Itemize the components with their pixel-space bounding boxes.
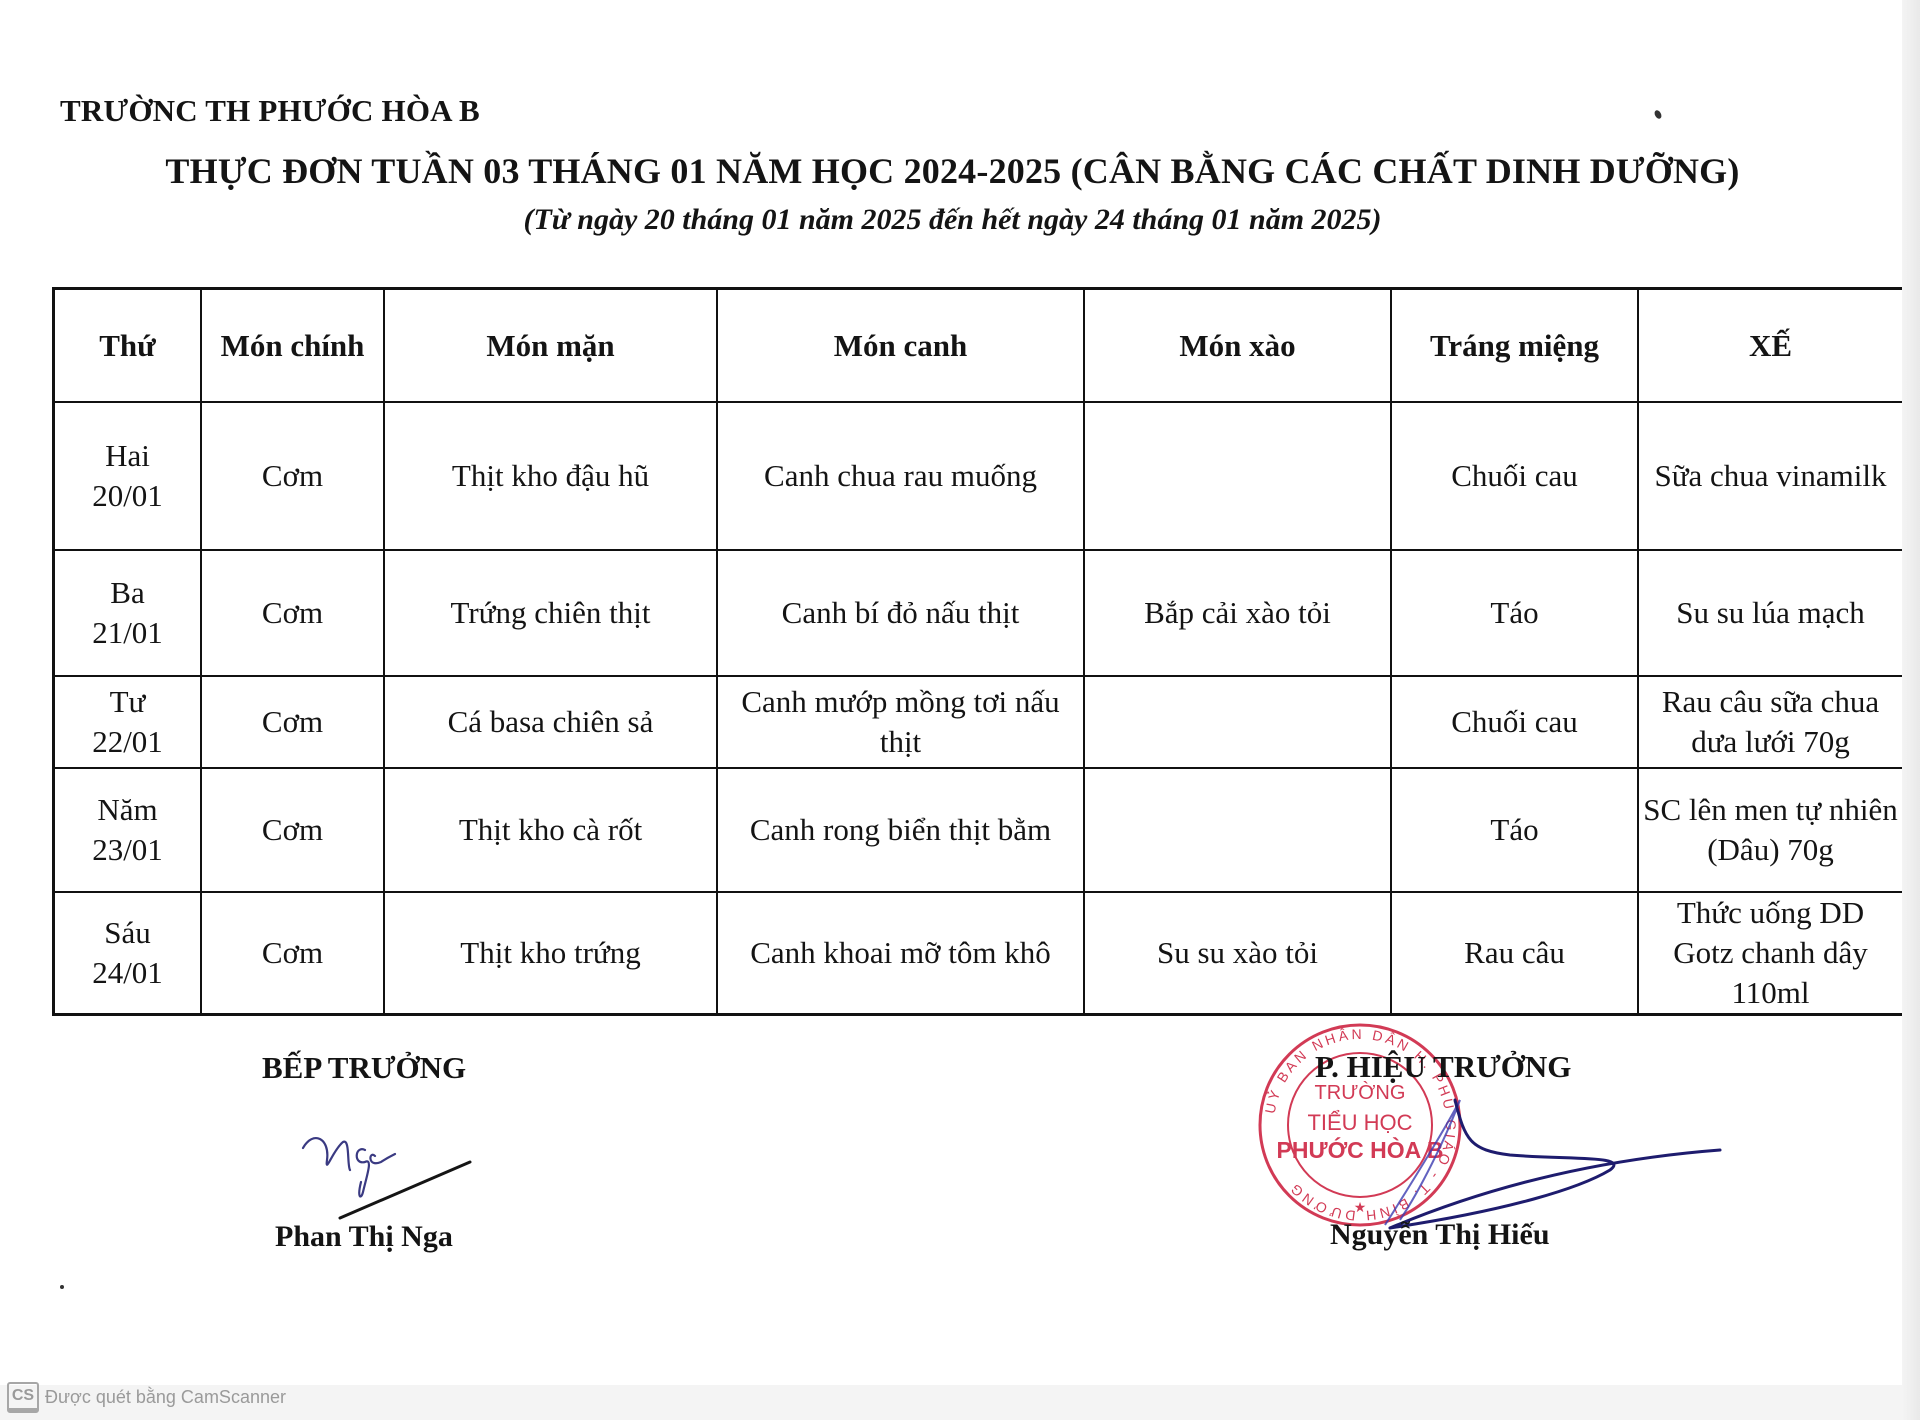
stir-fry-cell [1084,768,1391,892]
snack-cell: Thức uống DD Gotz chanh dây 110ml [1638,892,1904,1015]
dessert-cell: Chuối cau [1391,402,1638,550]
dessert-cell: Rau câu [1391,892,1638,1015]
watermark-text: Được quét bằng CamScanner [45,1387,286,1408]
day-cell: Năm 23/01 [54,768,202,892]
day-name: Hai [59,436,196,476]
column-header-dessert: Tráng miệng [1391,289,1638,403]
soup-cell: Canh bí đỏ nấu thịt [717,550,1084,676]
column-header-day: Thứ [54,289,202,403]
camscanner-watermark: CS Được quét bằng CamScanner [7,1382,286,1412]
column-header-afternoon-snack: XẾ [1638,289,1904,403]
main-dish-cell: Cơm [201,402,384,550]
savory-dish-cell: Thịt kho trứng [384,892,717,1015]
day-date: 21/01 [59,613,196,653]
head-chef-name: Phan Thị Nga [275,1220,453,1254]
savory-dish-cell: Trứng chiên thịt [384,550,717,676]
day-date: 23/01 [59,830,196,870]
vice-principal-signature-icon [1360,1060,1740,1230]
soup-cell: Canh mướp mồng tơi nấu thịt [717,676,1084,768]
vice-principal-name: Nguyễn Thị Hiếu [1330,1218,1550,1252]
main-dish-cell: Cơm [201,892,384,1015]
savory-dish-cell: Thịt kho đậu hũ [384,402,717,550]
dessert-cell: Chuối cau [1391,676,1638,768]
weekly-menu-table: Thứ Món chính Món mặn Món canh Món xào T… [52,287,1905,1016]
day-name: Sáu [59,913,196,953]
day-cell: Ba 21/01 [54,550,202,676]
table-row: Năm 23/01 Cơm Thịt kho cà rốt Canh rong … [54,768,1904,892]
soup-cell: Canh chua rau muống [717,402,1084,550]
scan-speck [1653,109,1663,120]
head-chef-signature-icon [295,1120,485,1225]
scan-edge [1902,0,1920,1420]
day-date: 22/01 [59,722,196,762]
snack-cell: Rau câu sữa chua dưa lưới 70g [1638,676,1904,768]
day-date: 20/01 [59,476,196,516]
stir-fry-cell [1084,676,1391,768]
snack-cell: SC lên men tự nhiên (Dâu) 70g [1638,768,1904,892]
table-row: Hai 20/01 Cơm Thịt kho đậu hũ Canh chua … [54,402,1904,550]
savory-dish-cell: Thịt kho cà rốt [384,768,717,892]
savory-dish-cell: Cá basa chiên sả [384,676,717,768]
document-title: THỰC ĐƠN TUẦN 03 THÁNG 01 NĂM HỌC 2024-2… [0,150,1905,192]
scan-speck [60,1285,64,1289]
day-cell: Tư 22/01 [54,676,202,768]
school-name: TRƯỜNC TH PHƯỚC HÒA B [60,93,480,129]
soup-cell: Canh khoai mỡ tôm khô [717,892,1084,1015]
camscanner-logo-icon: CS [7,1382,39,1413]
main-dish-cell: Cơm [201,550,384,676]
day-cell: Sáu 24/01 [54,892,202,1015]
snack-cell: Su su lúa mạch [1638,550,1904,676]
column-header-stir-fry: Món xào [1084,289,1391,403]
table-row: Sáu 24/01 Cơm Thịt kho trứng Canh khoai … [54,892,1904,1015]
column-header-soup: Món canh [717,289,1084,403]
table-row: Ba 21/01 Cơm Trứng chiên thịt Canh bí đỏ… [54,550,1904,676]
head-chef-title: BẾP TRƯỞNG [262,1050,466,1086]
dessert-cell: Táo [1391,550,1638,676]
stir-fry-cell: Bắp cải xào tỏi [1084,550,1391,676]
main-dish-cell: Cơm [201,676,384,768]
column-header-main-dish: Món chính [201,289,384,403]
dessert-cell: Táo [1391,768,1638,892]
soup-cell: Canh rong biển thịt bằm [717,768,1084,892]
stir-fry-cell: Su su xào tỏi [1084,892,1391,1015]
scanned-page: TRƯỜNC TH PHƯỚC HÒA B THỰC ĐƠN TUẦN 03 T… [0,0,1905,1385]
table-header-row: Thứ Món chính Món mặn Món canh Món xào T… [54,289,1904,403]
document-subtitle: (Từ ngày 20 tháng 01 năm 2025 đến hết ng… [0,203,1905,237]
day-name: Ba [59,573,196,613]
column-header-savory-dish: Món mặn [384,289,717,403]
main-dish-cell: Cơm [201,768,384,892]
stir-fry-cell [1084,402,1391,550]
day-cell: Hai 20/01 [54,402,202,550]
day-date: 24/01 [59,953,196,993]
snack-cell: Sữa chua vinamilk [1638,402,1904,550]
table-row: Tư 22/01 Cơm Cá basa chiên sả Canh mướp … [54,676,1904,768]
day-name: Năm [59,790,196,830]
day-name: Tư [59,682,196,722]
